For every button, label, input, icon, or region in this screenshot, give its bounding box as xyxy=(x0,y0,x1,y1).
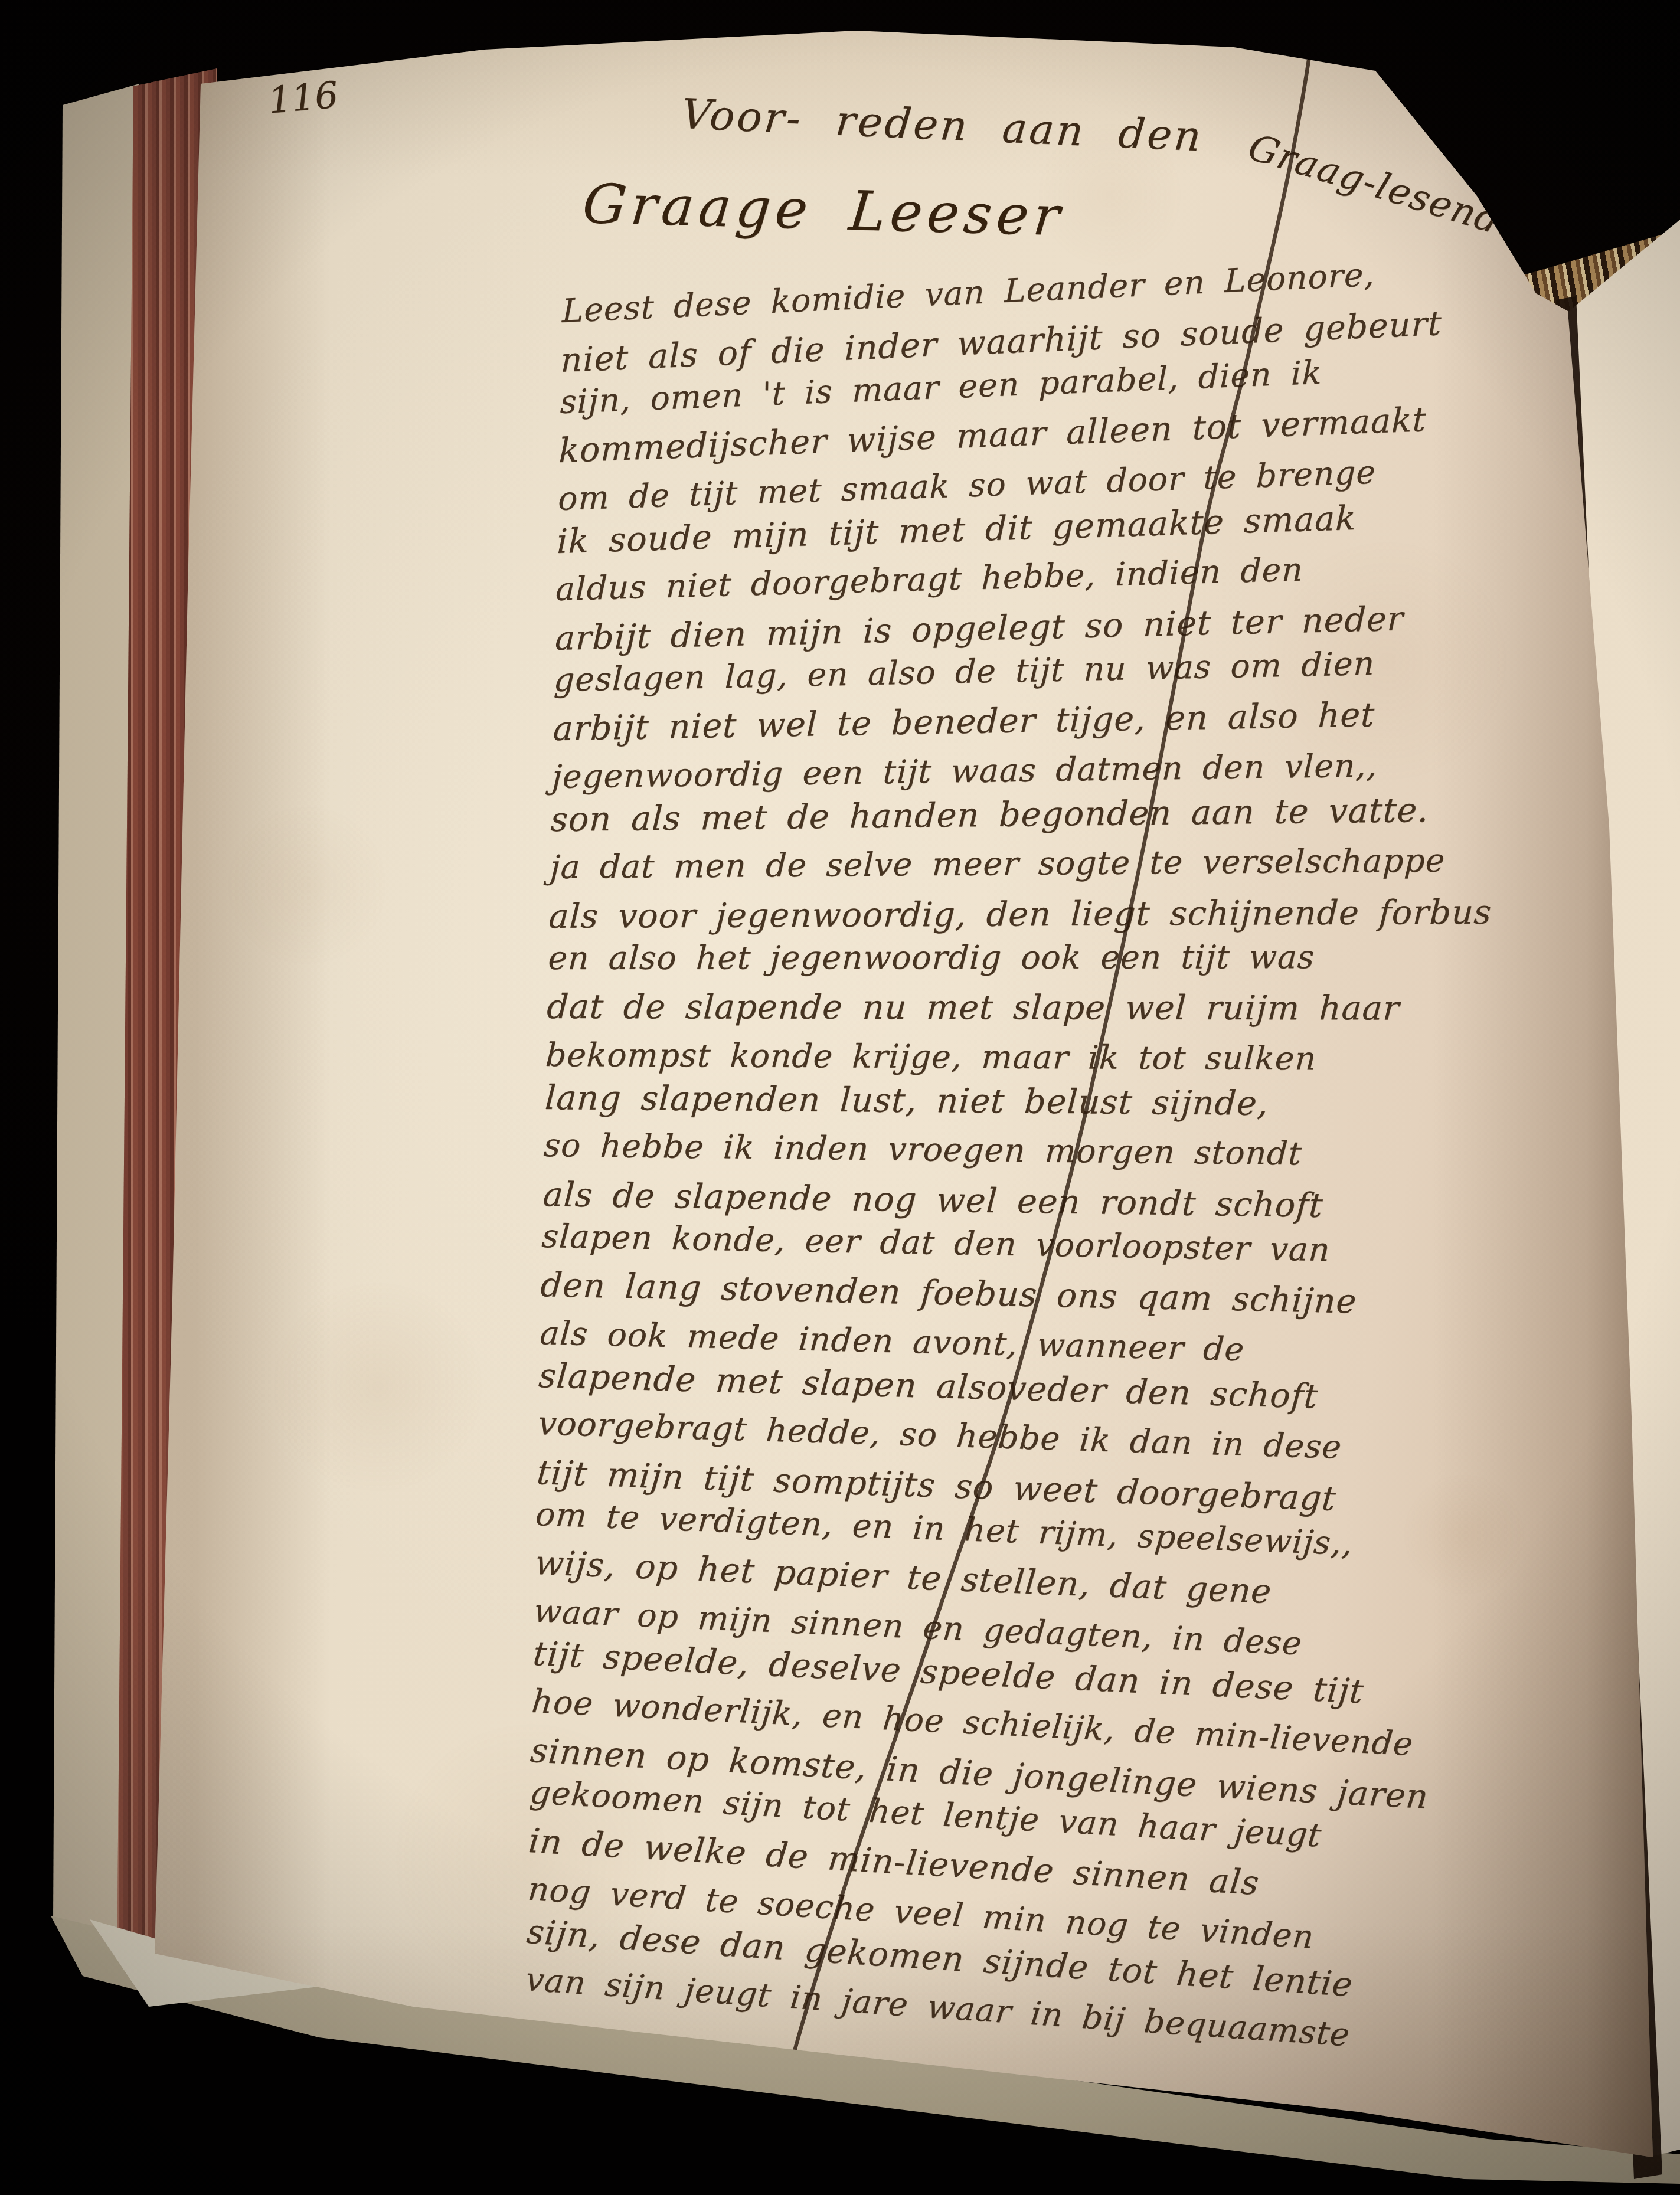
manuscript-line: jegenwoordig een tijt waas datmen den vl… xyxy=(551,749,1378,793)
photo-black-background: 116 Voor- reden aan den Graag-lesende le… xyxy=(0,0,1680,2195)
manuscript-line: so hebbe ik inden vroegen morgen stondt xyxy=(543,1129,1303,1170)
manuscript-line: als de slapende nog wel een rondt schoft xyxy=(542,1178,1324,1223)
page-number: 116 xyxy=(267,77,339,119)
manuscript-line: als ook mede inden avont, wanneer de xyxy=(539,1317,1246,1366)
page-header-curved: Graag-lesende leser xyxy=(1244,129,1633,278)
manuscript-line: als voor jegenwoordig, den liegt schijne… xyxy=(548,895,1492,933)
manuscript-line: son als met de handen begonden aan te va… xyxy=(550,793,1430,836)
manuscript-line: en also het jegenwoordig ook een tijt wa… xyxy=(547,941,1315,974)
manuscript-line: ja dat men de selve meer sogte te versel… xyxy=(549,844,1446,884)
manuscript-line: dat de slapende nu met slape wel ruijm h… xyxy=(546,990,1401,1026)
manuscript-line: den lang stovenden foebus ons qam schijn… xyxy=(540,1268,1358,1319)
page-header: Voor- reden aan den xyxy=(679,93,1205,157)
manuscript-line: lang slapenden lust, niet belust sijnde, xyxy=(544,1081,1269,1121)
section-title: Graage Leeser xyxy=(580,177,1067,244)
manuscript-page: 116 Voor- reden aan den Graag-lesende le… xyxy=(0,0,1680,2195)
manuscript-line: arbijt niet wel te beneder tijge, en als… xyxy=(553,698,1375,746)
manuscript-line: voorgebragt hedde, so hebbe ik dan in de… xyxy=(537,1407,1343,1464)
manuscript-line: aldus niet doorgebragt hebbe, indien den xyxy=(555,553,1304,606)
manuscript-line: slapen konde, eer dat den voorloopster v… xyxy=(541,1220,1331,1266)
manuscript-line: bekompst konde krijge, maar ik tot sulke… xyxy=(545,1039,1318,1075)
